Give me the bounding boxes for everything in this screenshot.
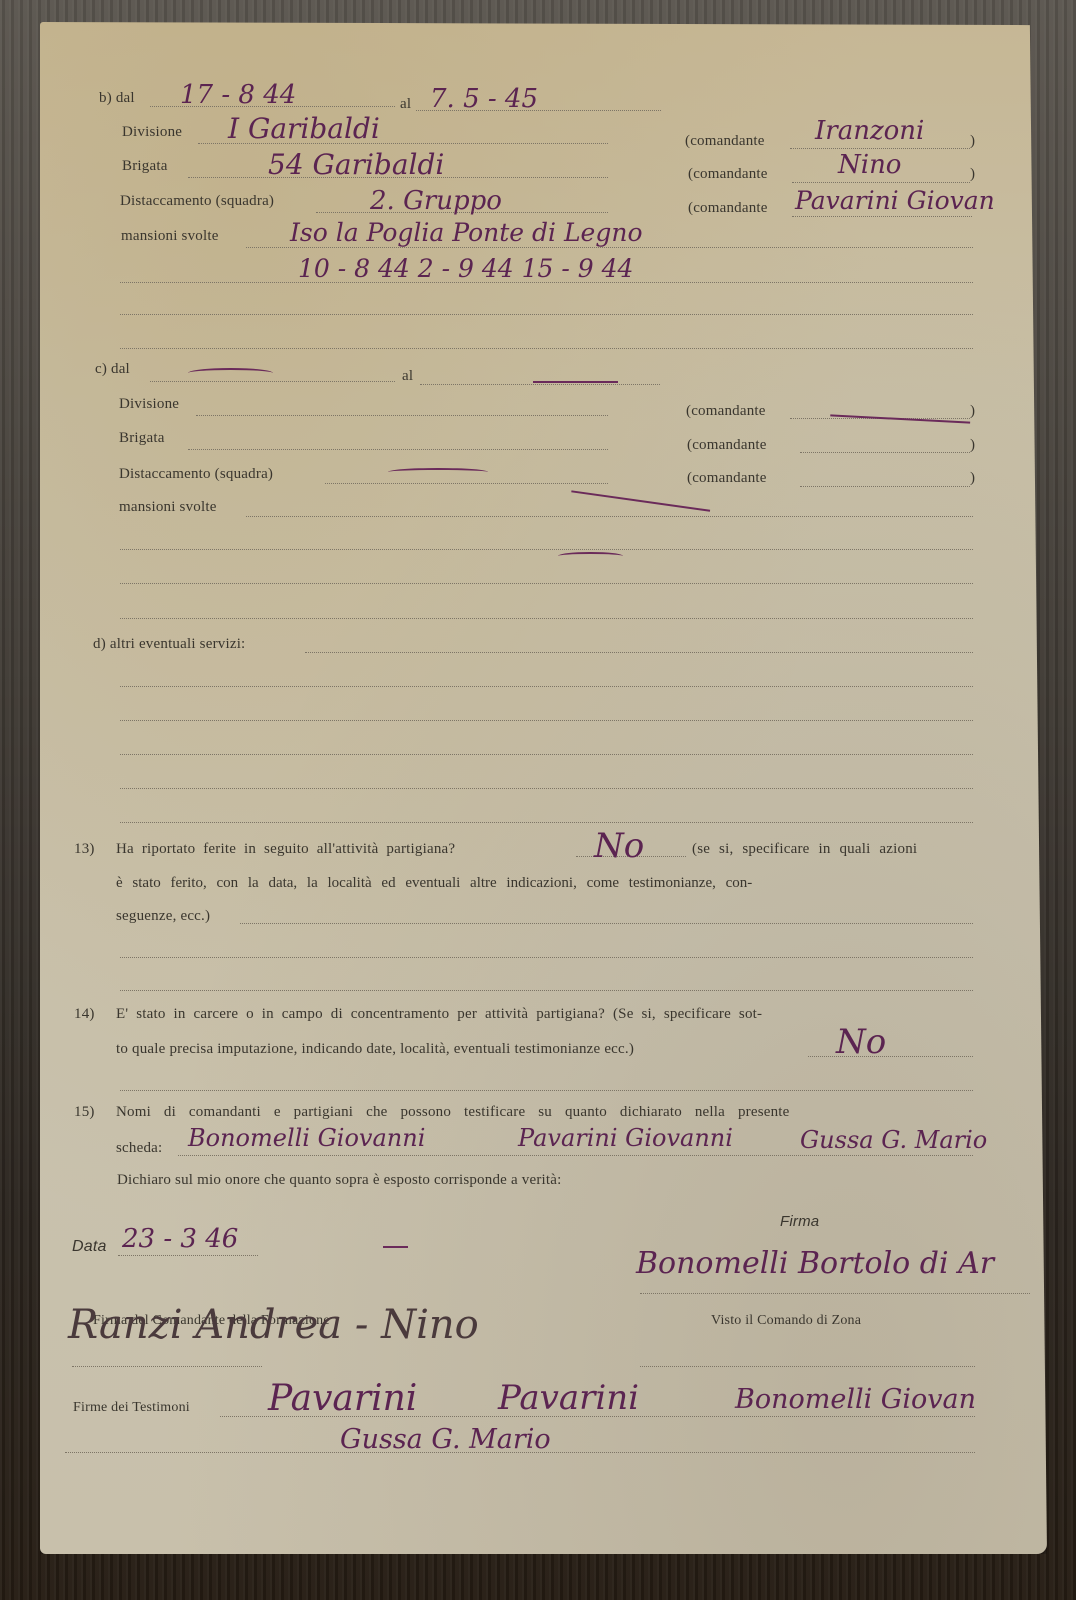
q13-line1-b: (se si, specificare in quali azioni: [692, 841, 917, 858]
c-comandante-div-label: (comandante: [686, 403, 766, 420]
c-paren-3: ): [970, 470, 975, 487]
q15-number: 15): [74, 1104, 95, 1121]
b-comandante-dist-value: Pavarini Giovan: [795, 186, 995, 215]
b-comandante-div-label: (comandante: [685, 133, 765, 150]
c-mansioni-strike-2: [558, 552, 623, 560]
b-brigata-label: Brigata: [122, 158, 168, 175]
q13-line3: seguenze, ecc.): [116, 908, 210, 925]
b-paren-1: ): [970, 133, 975, 150]
b-distaccamento-label: Distaccamento (squadra): [120, 193, 274, 210]
q14-detail-line: [120, 1090, 973, 1091]
b-comandante-brig-value: Nino: [838, 150, 901, 180]
b-mansioni-line-1: [246, 247, 973, 248]
d-line-2: [120, 686, 973, 687]
c-comandante-brig-line: [800, 452, 970, 453]
c-comandante-dist-label: (comandante: [687, 470, 767, 487]
testimone-signature-4: Gussa G. Mario: [340, 1424, 551, 1455]
b-comandante-dist-label: (comandante: [688, 200, 768, 217]
q13-number: 13): [74, 841, 95, 858]
b-comandante-dist-line: [792, 216, 972, 217]
b-mansioni-value-2: 10 - 8 44 2 - 9 44 15 - 9 44: [298, 254, 633, 283]
q14-number: 14): [74, 1006, 95, 1023]
c-mansioni-line-1: [246, 516, 973, 517]
c-distaccamento-line: [325, 483, 608, 484]
c-distaccamento-strike: [388, 468, 488, 476]
d-label: d) altri eventuali servizi:: [93, 636, 245, 653]
q15-witness-1: Bonomelli Giovanni: [188, 1124, 425, 1152]
b-dal-value: 17 - 8 44: [180, 80, 296, 110]
c-dal-label: c) dal: [95, 361, 130, 378]
q14-answer-line: [808, 1056, 973, 1057]
b-al-value: 7. 5 - 45: [430, 84, 538, 114]
firma-line: [640, 1293, 1030, 1294]
c-divisione-label: Divisione: [119, 396, 179, 413]
c-mansioni-line-2: [120, 549, 973, 550]
b-mansioni-value-1: Iso la Poglia Ponte di Legno: [290, 218, 643, 247]
c-divisione-line: [196, 415, 608, 416]
b-comandante-brig-line: [792, 182, 970, 183]
visto-label: Visto il Comando di Zona: [711, 1313, 861, 1329]
b-mansioni-line-4: [120, 348, 973, 349]
q13-detail-line-2: [120, 957, 973, 958]
data-dash: [383, 1246, 408, 1252]
b-dal-label: b) dal: [99, 90, 135, 107]
c-dal-strike: [188, 368, 273, 378]
firma-comandante-value: Ranzi Andrea - Nino: [68, 1302, 479, 1348]
c-comandante-brig-label: (comandante: [687, 437, 767, 454]
q15-witness-line: [178, 1155, 973, 1156]
b-comandante-div-value: Iranzoni: [815, 116, 924, 146]
q13-detail-line-1: [240, 923, 973, 924]
q15-line1: Nomi di comandanti e partigiani che poss…: [116, 1104, 790, 1121]
b-mansioni-line-3: [120, 314, 973, 315]
c-paren-2: ): [970, 437, 975, 454]
visto-line: [640, 1366, 975, 1367]
q13-line2: è stato ferito, con la data, la località…: [116, 875, 976, 892]
c-mansioni-line-3: [120, 583, 973, 584]
declaration: Dichiaro sul mio onore che quanto sopra …: [117, 1172, 562, 1189]
d-line-3: [120, 720, 973, 721]
q15-witness-3: Gussa G. Mario: [800, 1126, 987, 1154]
data-value: 23 - 3 46: [122, 1224, 238, 1254]
q13-answer: No: [594, 826, 644, 866]
c-al-strike: [533, 381, 618, 389]
c-paren-1: ): [970, 403, 975, 420]
firme-testimoni-label: Firme dei Testimoni: [73, 1400, 190, 1416]
testimone-signature-3: Bonomelli Giovan: [735, 1384, 976, 1415]
firma-signature: Bonomelli Bortolo di Ar: [636, 1246, 994, 1281]
q15-scheda-label: scheda:: [116, 1140, 162, 1157]
b-divisione-value: I Garibaldi: [228, 112, 380, 145]
c-distaccamento-label: Distaccamento (squadra): [119, 466, 273, 483]
d-line-6: [120, 822, 973, 823]
q14-answer: No: [836, 1022, 886, 1062]
b-comandante-brig-label: (comandante: [688, 166, 768, 183]
d-line-5: [120, 788, 973, 789]
q13-line1-a: Ha riportato ferite in seguito all'attiv…: [116, 841, 455, 858]
b-paren-2: ): [970, 166, 975, 183]
b-comandante-div-line: [790, 148, 970, 149]
c-brigata-label: Brigata: [119, 430, 165, 447]
b-mansioni-label: mansioni svolte: [121, 228, 219, 245]
c-al-label: al: [402, 368, 413, 385]
testimone-signature-1: Pavarini: [268, 1378, 417, 1419]
q15-witness-2: Pavarini Giovanni: [518, 1124, 733, 1152]
d-line-4: [120, 754, 973, 755]
b-al-label: al: [400, 96, 411, 113]
q14-line1: E' stato in carcere o in campo di concen…: [116, 1006, 762, 1023]
q14-line2: to quale precisa imputazione, indicando …: [116, 1041, 634, 1058]
firma-comandante-line: [72, 1366, 262, 1367]
data-line: [118, 1255, 258, 1256]
q13-detail-line-3: [120, 990, 973, 991]
firma-label: Firma: [780, 1213, 819, 1230]
c-mansioni-label: mansioni svolte: [119, 499, 217, 516]
c-brigata-line: [188, 449, 608, 450]
b-distaccamento-value: 2. Gruppo: [370, 186, 502, 216]
b-divisione-label: Divisione: [122, 124, 182, 141]
b-brigata-value: 54 Garibaldi: [268, 148, 444, 181]
d-line-1: [305, 652, 973, 653]
c-dal-line: [150, 381, 395, 382]
c-mansioni-line-4: [120, 618, 973, 619]
testimone-signature-2: Pavarini: [498, 1378, 639, 1418]
data-label: Data: [72, 1238, 107, 1256]
c-comandante-dist-line: [800, 486, 970, 487]
